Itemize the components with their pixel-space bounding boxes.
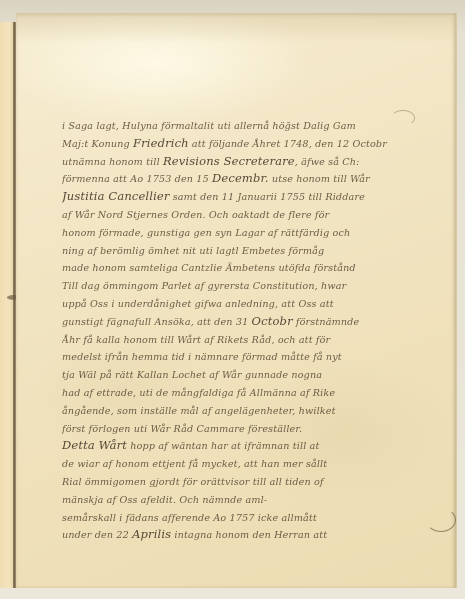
manuscript-line: honom förmade, gunstiga gen syn Lagar af…: [62, 224, 432, 242]
line-text: Och nämnde aml-: [176, 495, 267, 506]
emphasized-name: Octobr: [252, 314, 293, 328]
emphasized-name: Detta Wårt: [62, 438, 127, 452]
manuscript-line: utnämna honom till Revisions Secreterare…: [62, 153, 432, 171]
handwritten-text-block: i Saga lagt, Hulyna förmaltalit uti alle…: [62, 117, 432, 544]
line-text: Åhr få kalla honom till Wårt af Rikets R…: [62, 335, 330, 346]
line-text: att följande Åhret 1748, den 12 Octobr: [189, 139, 387, 150]
line-text: af Wår Nord Stjernes Orden.: [62, 210, 206, 221]
line-text: Maj:t Konung: [62, 139, 133, 150]
line-text: utse honom till Wår: [269, 174, 370, 185]
line-text: uppå Oss i underdånighet gifwa anledning…: [62, 299, 334, 310]
manuscript-line: medelst ifrån hemma tid i nämnare förmad…: [62, 348, 432, 366]
line-text: samt den 11 Januarii 1755 till Riddare: [170, 192, 365, 203]
calligraphic-flourish-end: [426, 508, 456, 532]
manuscript-line: i Saga lagt, Hulyna förmaltalit uti alle…: [62, 117, 432, 135]
line-text: förmenna att Ao 1753 den 15: [62, 174, 212, 185]
manuscript-line: Detta Wårt hopp af wäntan har at ifrämna…: [62, 437, 432, 455]
line-text: hopp af wäntan har at ifrämnan till at: [127, 441, 319, 452]
line-text: , äfwe så Ch:: [295, 157, 360, 168]
line-text: Och oaktadt de flere för: [206, 210, 330, 221]
line-text: Rial ömmigomen gjordt för orättvisor til…: [62, 477, 324, 488]
manuscript-line: af Wår Nord Stjernes Orden. Och oaktadt …: [62, 206, 432, 224]
manuscript-page: i Saga lagt, Hulyna förmaltalit uti alle…: [16, 13, 457, 588]
line-text: utnämna honom till: [62, 157, 163, 168]
manuscript-line: uppå Oss i underdånighet gifwa anledning…: [62, 295, 432, 313]
line-text: honom förmade, gunstiga gen syn Lagar af…: [62, 228, 350, 239]
emphasized-name: Aprilis: [132, 527, 171, 541]
line-text: had af ettrade, uti de mångfaldiga få Al…: [62, 388, 335, 399]
manuscript-line: Justitia Cancellier samt den 11 Januarii…: [62, 188, 432, 206]
manuscript-line: had af ettrade, uti de mångfaldiga få Al…: [62, 384, 432, 402]
manuscript-line: mänskja af Oss afeldit. Och nämnde aml-: [62, 491, 432, 509]
line-text: i Saga lagt, Hulyna förmaltalit uti alle…: [62, 121, 356, 132]
manuscript-line: Rial ömmigomen gjordt för orättvisor til…: [62, 473, 432, 491]
manuscript-line: förmenna att Ao 1753 den 15 Decembr. uts…: [62, 170, 432, 188]
manuscript-line: först förlogen uti Wår Råd Cammare föres…: [62, 420, 432, 438]
page-top-shadow: [16, 13, 456, 43]
line-text: Till dag ömmingom Parlet af gyrersta Con…: [62, 281, 346, 292]
manuscript-line: ångående, som inställe mål af angelägenh…: [62, 402, 432, 420]
line-text: made honom samteliga Cantzlie Ämbetens u…: [62, 263, 356, 274]
manuscript-line: de wiar af honom ettjent få mycket, att …: [62, 455, 432, 473]
line-text: de wiar af honom ettjent få mycket, att …: [62, 459, 327, 470]
line-text: mänskja af Oss afeldit.: [62, 495, 176, 506]
scanned-document: i Saga lagt, Hulyna förmaltalit uti alle…: [0, 0, 465, 599]
line-text: först förlogen uti Wår Råd Cammare föres…: [62, 424, 302, 435]
manuscript-line: ning af berömlig ömhet nit uti lagtl Emb…: [62, 242, 432, 260]
emphasized-name: Decembr.: [212, 171, 269, 185]
line-text: intagna honom den Herran att: [171, 530, 327, 541]
emphasized-name: Friedrich: [133, 136, 189, 150]
line-text: tja Wäl på rätt Kallan Lochet af Wår gun…: [62, 370, 322, 381]
line-text: ning af berömlig ömhet nit uti lagtl Emb…: [62, 246, 324, 257]
emphasized-name: Revisions Secreterare: [163, 154, 295, 168]
manuscript-line: semårskall i fädans afferende Ao 1757 ic…: [62, 509, 432, 527]
manuscript-line: Till dag ömmingom Parlet af gyrersta Con…: [62, 277, 432, 295]
line-text: semårskall i fädans afferende Ao 1757 ic…: [62, 513, 317, 524]
manuscript-line: under den 22 Aprilis intagna honom den H…: [62, 526, 432, 544]
line-text: medelst ifrån hemma tid i nämnare förmad…: [62, 352, 342, 363]
line-text: gunstigt fägnafull Ansöka, att den 31: [62, 317, 252, 328]
manuscript-line: gunstigt fägnafull Ansöka, att den 31 Oc…: [62, 313, 432, 331]
line-text: ångående, som inställe mål af angelägenh…: [62, 406, 336, 417]
line-text: under den 22: [62, 530, 132, 541]
manuscript-line: made honom samteliga Cantzlie Ämbetens u…: [62, 259, 432, 277]
manuscript-line: Åhr få kalla honom till Wårt af Rikets R…: [62, 331, 432, 349]
line-text: förstnämnde: [293, 317, 360, 328]
manuscript-line: tja Wäl på rätt Kallan Lochet af Wår gun…: [62, 366, 432, 384]
emphasized-name: Justitia Cancellier: [62, 189, 170, 203]
manuscript-line: Maj:t Konung Friedrich att följande Åhre…: [62, 135, 432, 153]
